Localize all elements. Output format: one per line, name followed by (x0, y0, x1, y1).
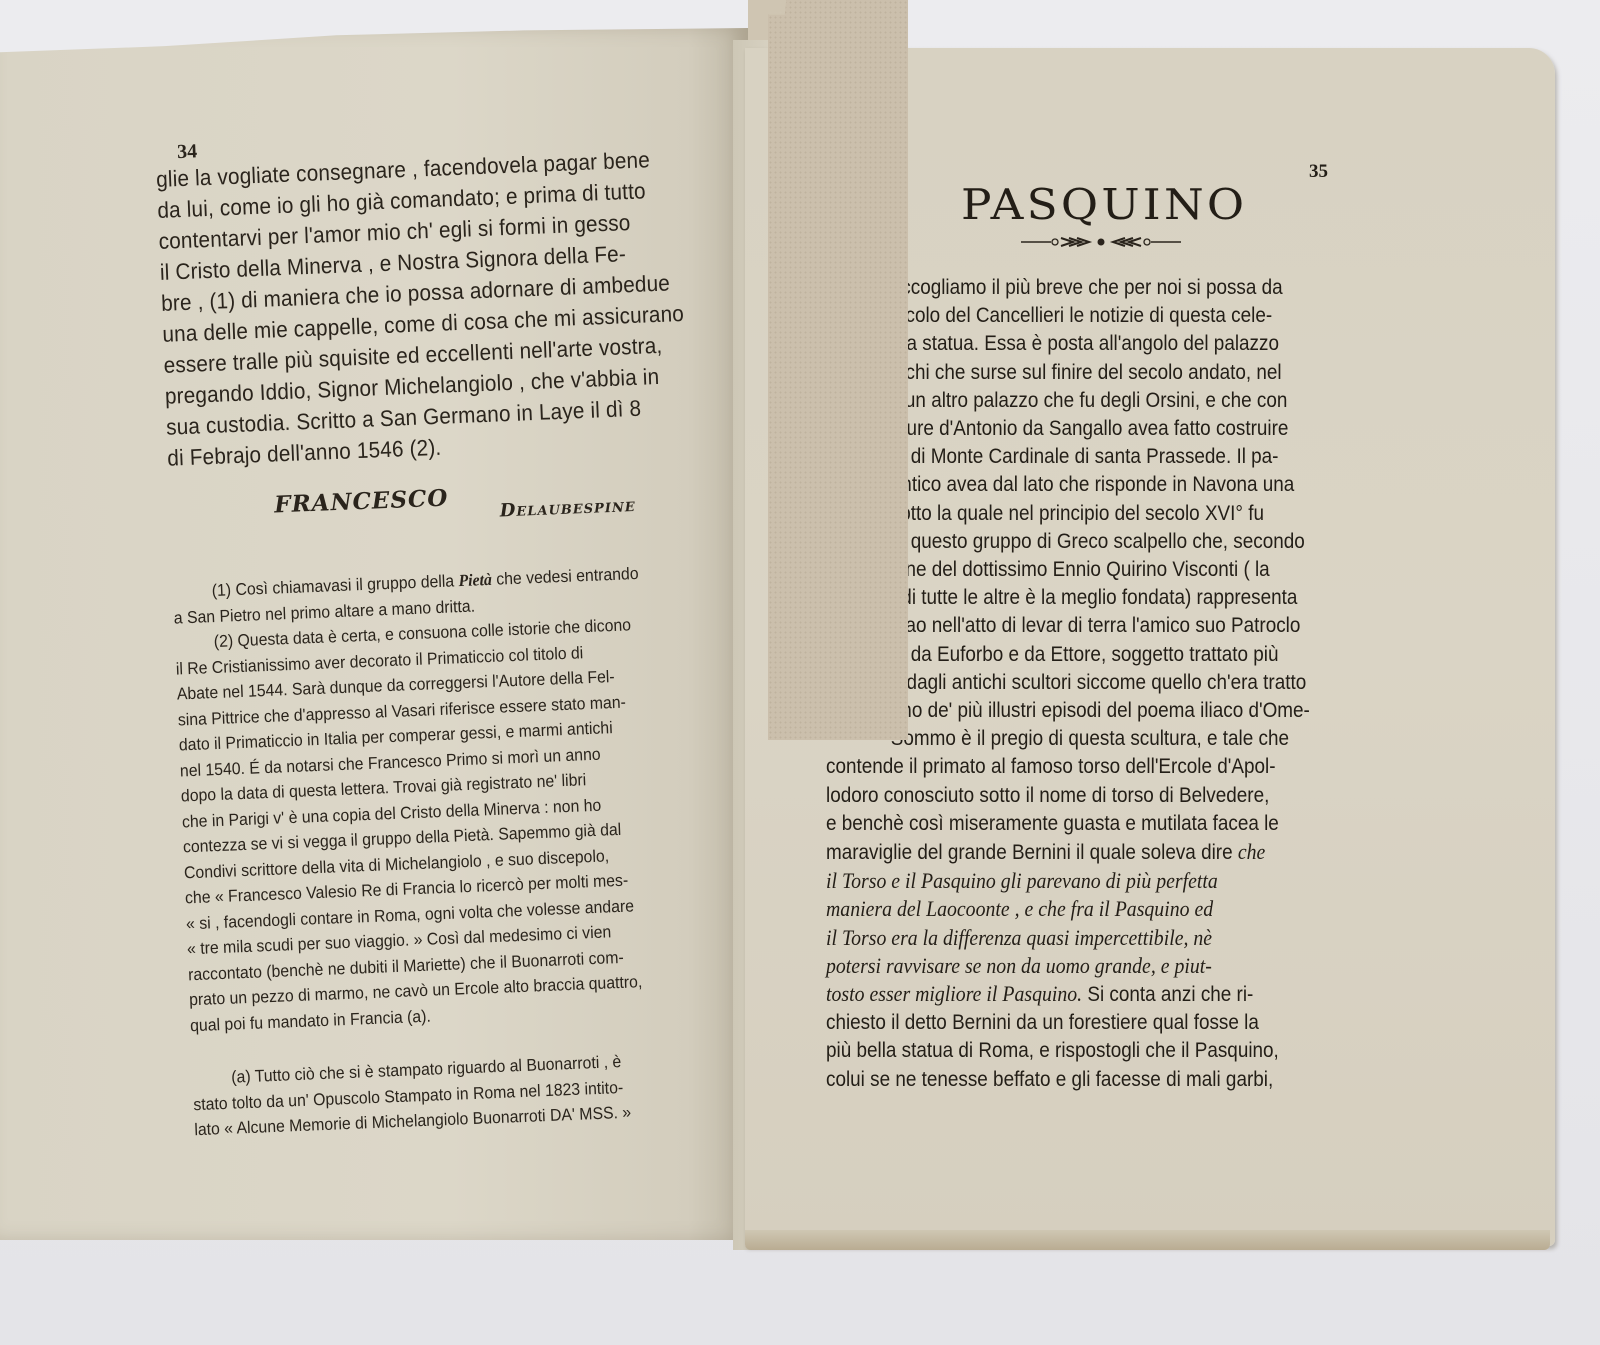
text-line: più bella statua di Roma, e rispostogli … (826, 1037, 1317, 1065)
italic-quote-line: maniera del Laocoonte , e che fra il Pas… (826, 895, 1317, 923)
footnote-italic: Pietà (458, 570, 492, 590)
letter-body: glie la vogliate consegnare , facendovel… (156, 141, 738, 474)
italic-span: che (1238, 839, 1265, 864)
page-number-left: 34 (177, 140, 198, 164)
footnotes: (1) Così chiamavasi il gruppo della Piet… (172, 557, 764, 1143)
text-line: chiesto il detto Bernini da un forestier… (826, 1009, 1317, 1037)
text-line: e benchè così miseramente guasta e mutil… (826, 810, 1317, 838)
footnote-text: che vedesi entrando (491, 564, 638, 589)
page-number-right: 35 (1309, 161, 1328, 183)
italic-quote-line: potersi ravvisare se non da uomo grande,… (826, 952, 1317, 980)
text-line: lodoro conosciuto sotto il nome di torso… (826, 782, 1317, 810)
page-bottom-edge (745, 1230, 1550, 1250)
text-line: contende il primato al famoso torso dell… (826, 753, 1317, 781)
signature-last-name: Delaubespine (499, 495, 636, 521)
text-span: maraviglie del grande Bernini il quale s… (826, 841, 1238, 864)
italic-quote-line: il Torso era la differenza quasi imperce… (826, 924, 1317, 952)
ornament-rule-icon (1021, 234, 1181, 250)
text-line: maraviglie del grande Bernini il quale s… (826, 838, 1317, 867)
left-page-text: 34 glie la vogliate consegnare , facendo… (155, 127, 764, 1143)
italic-quote-line: il Torso e il Pasquino gli parevano di p… (826, 867, 1317, 895)
signature-first-name: FRANCESCO (274, 485, 449, 519)
text-line: colui se ne tenesse beffato e gli facess… (826, 1066, 1317, 1094)
italic-span: tosto esser migliore il Pasquino. (826, 981, 1082, 1006)
text-line: tosto esser migliore il Pasquino. Si con… (826, 980, 1317, 1009)
text-span: Si conta anzi che ri- (1082, 983, 1253, 1006)
chapter-title: PASQUINO (961, 180, 1247, 229)
signature: FRANCESCO Delaubespine (168, 459, 740, 542)
paper-tape-strip (768, 0, 908, 740)
